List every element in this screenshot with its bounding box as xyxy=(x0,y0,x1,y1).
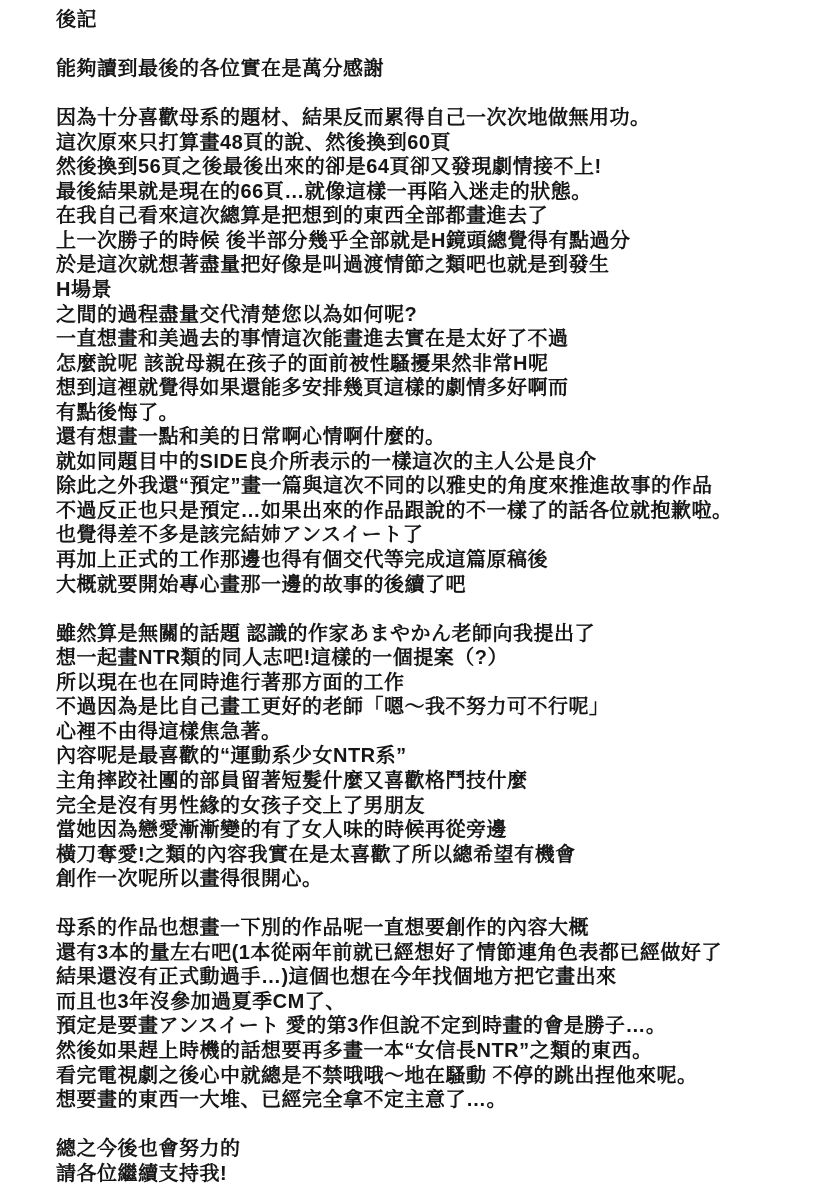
text-line: 怎麼說呢 該說母親在孩子的面前被性騷擾果然非常H呢 xyxy=(56,352,812,377)
text-line: 結果還沒有正式動過手…)這個也想在今年找個地方把它畫出來 xyxy=(56,965,812,990)
text-line: 再加上正式的工作那邊也得有個交代等完成這篇原稿後 xyxy=(56,548,812,573)
text-line: 還有想畫一點和美的日常啊心情啊什麼的。 xyxy=(56,425,812,450)
text-line: 而且也3年沒參加過夏季CM了、 xyxy=(56,990,812,1015)
text-line: H場景 xyxy=(56,278,812,303)
page-title: 後記 xyxy=(56,8,812,33)
text-line: 想一起畫NTR類的同人志吧!這樣的一個提案（?） xyxy=(56,646,812,671)
text-line: 除此之外我還“預定”畫一篇與這次不同的以雅史的角度來推進故事的作品 xyxy=(56,474,812,499)
text-line: 看完電視劇之後心中就總是不禁哦哦～地在騷動 不停的跳出捏他來呢。 xyxy=(56,1064,812,1089)
text-line: 總之今後也會努力的 xyxy=(56,1137,812,1162)
text-line: 之間的過程盡量交代清楚您以為如何呢? xyxy=(56,303,812,328)
text-line: 還有3本的量左右吧(1本從兩年前就已經想好了情節連角色表都已經做好了 xyxy=(56,941,812,966)
text-line: 心裡不由得這樣焦急著。 xyxy=(56,720,812,745)
text-line: 有點後悔了。 xyxy=(56,401,812,426)
text-line: 創作一次呢所以畫得很開心。 xyxy=(56,867,812,892)
text-line: 內容呢是最喜歡的“運動系少女NTR系” xyxy=(56,744,812,769)
text-line: 在我自己看來這次總算是把想到的東西全部都畫進去了 xyxy=(56,204,812,229)
text-line: 想要畫的東西一大堆、已經完全拿不定主意了…。 xyxy=(56,1088,812,1113)
afterword-page: 後記 能夠讀到最後的各位實在是萬分感謝因為十分喜歡母系的題材、結果反而累得自己一… xyxy=(0,0,830,1200)
text-line: 想到這裡就覺得如果還能多安排幾頁這樣的劇情多好啊而 xyxy=(56,376,812,401)
text-line: 不過因為是比自己畫工更好的老師「嗯～我不努力可不行呢」 xyxy=(56,695,812,720)
text-line: 然後換到56頁之後最後出來的卻是64頁卻又發現劇情接不上! xyxy=(56,155,812,180)
text-line: 最後結果就是現在的66頁…就像這樣一再陷入迷走的狀態。 xyxy=(56,180,812,205)
text-line: 大概就要開始專心畫那一邊的故事的後續了吧 xyxy=(56,573,812,598)
text-line: 請各位繼續支持我! xyxy=(56,1162,812,1187)
text-line: 主角摔跤社團的部員留著短髮什麼又喜歡格鬥技什麼 xyxy=(56,769,812,794)
paragraph-spacer xyxy=(56,597,812,622)
text-line: 預定是要畫アンスイート 愛的第3作但說不定到時畫的會是勝子…。 xyxy=(56,1014,812,1039)
text-line: 雖然算是無關的話題 認識的作家あまやかん老師向我提出了 xyxy=(56,622,812,647)
text-line: 於是這次就想著盡量把好像是叫過渡情節之類吧也就是到發生 xyxy=(56,253,812,278)
text-line: 上一次勝子的時候 後半部分幾乎全部就是H鏡頭總覺得有點過分 xyxy=(56,229,812,254)
text-line: 就如同題目中的SIDE良介所表示的一樣這次的主人公是良介 xyxy=(56,450,812,475)
text-line: 所以現在也在同時進行著那方面的工作 xyxy=(56,671,812,696)
text-line: 能夠讀到最後的各位實在是萬分感謝 xyxy=(56,57,812,82)
text-line: 母系的作品也想畫一下別的作品呢一直想要創作的內容大概 xyxy=(56,916,812,941)
paragraph-spacer xyxy=(56,33,812,58)
text-line: 一直想畫和美過去的事情這次能畫進去實在是太好了不過 xyxy=(56,327,812,352)
text-line: 這次原來只打算畫48頁的說、然後換到60頁 xyxy=(56,131,812,156)
paragraph-spacer xyxy=(56,1113,812,1138)
text-line: 然後如果趕上時機的話想要再多畫一本“女信長NTR”之類的東西。 xyxy=(56,1039,812,1064)
text-line: 當她因為戀愛漸漸變的有了女人味的時候再從旁邊 xyxy=(56,818,812,843)
text-line: 因為十分喜歡母系的題材、結果反而累得自己一次次地做無用功。 xyxy=(56,106,812,131)
paragraph-spacer xyxy=(56,892,812,917)
text-line: 完全是沒有男性緣的女孩子交上了男朋友 xyxy=(56,794,812,819)
afterword-body: 能夠讀到最後的各位實在是萬分感謝因為十分喜歡母系的題材、結果反而累得自己一次次地… xyxy=(56,33,812,1187)
paragraph-spacer xyxy=(56,82,812,107)
text-line: 橫刀奪愛!之類的內容我實在是太喜歡了所以總希望有機會 xyxy=(56,843,812,868)
text-line: 也覺得差不多是該完結姉アンスイート了 xyxy=(56,523,812,548)
text-line: 不過反正也只是預定…如果出來的作品跟說的不一樣了的話各位就抱歉啦。 xyxy=(56,499,812,524)
